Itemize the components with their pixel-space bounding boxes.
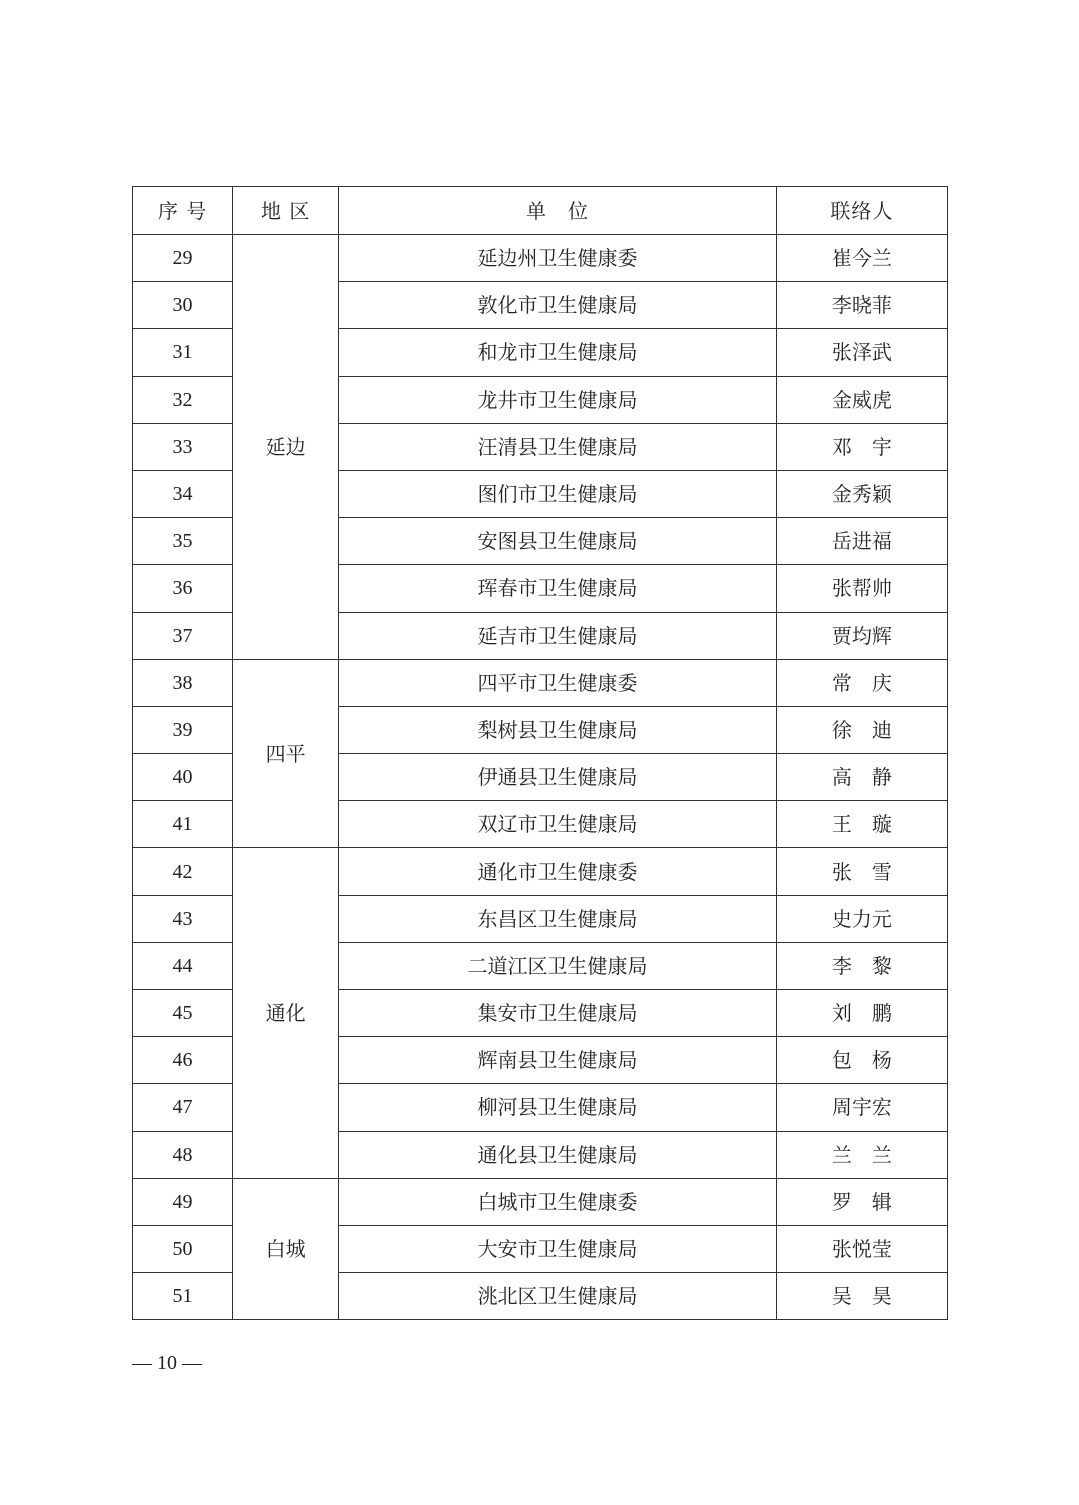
- cell-seq: 47: [133, 1084, 233, 1131]
- cell-unit: 珲春市卫生健康局: [339, 565, 777, 612]
- table-row: 42通化通化市卫生健康委张 雪: [133, 848, 948, 895]
- cell-unit: 汪清县卫生健康局: [339, 423, 777, 470]
- cell-contact: 崔今兰: [776, 235, 947, 282]
- cell-contact: 刘 鹏: [776, 990, 947, 1037]
- cell-contact: 罗 辑: [776, 1178, 947, 1225]
- table-row: 38四平四平市卫生健康委常 庆: [133, 659, 948, 706]
- cell-unit: 梨树县卫生健康局: [339, 706, 777, 753]
- cell-unit: 延吉市卫生健康局: [339, 612, 777, 659]
- cell-unit: 四平市卫生健康委: [339, 659, 777, 706]
- cell-seq: 42: [133, 848, 233, 895]
- contact-table: 序 号 地 区 单 位 联络人 29延边延边州卫生健康委崔今兰30敦化市卫生健康…: [132, 186, 948, 1320]
- cell-unit: 通化市卫生健康委: [339, 848, 777, 895]
- cell-seq: 35: [133, 518, 233, 565]
- cell-seq: 29: [133, 235, 233, 282]
- cell-seq: 46: [133, 1037, 233, 1084]
- cell-contact: 张 雪: [776, 848, 947, 895]
- cell-contact: 周宇宏: [776, 1084, 947, 1131]
- cell-unit: 二道江区卫生健康局: [339, 942, 777, 989]
- cell-unit: 伊通县卫生健康局: [339, 754, 777, 801]
- cell-unit: 延边州卫生健康委: [339, 235, 777, 282]
- page-number: — 10 —: [132, 1352, 202, 1375]
- cell-unit: 洮北区卫生健康局: [339, 1273, 777, 1320]
- header-seq: 序 号: [133, 187, 233, 235]
- cell-contact: 常 庆: [776, 659, 947, 706]
- cell-seq: 50: [133, 1225, 233, 1272]
- cell-seq: 48: [133, 1131, 233, 1178]
- cell-unit: 集安市卫生健康局: [339, 990, 777, 1037]
- cell-contact: 李 黎: [776, 942, 947, 989]
- cell-unit: 柳河县卫生健康局: [339, 1084, 777, 1131]
- cell-contact: 金秀颖: [776, 470, 947, 517]
- cell-seq: 44: [133, 942, 233, 989]
- cell-unit: 和龙市卫生健康局: [339, 329, 777, 376]
- table-header-row: 序 号 地 区 单 位 联络人: [133, 187, 948, 235]
- cell-contact: 邓 宇: [776, 423, 947, 470]
- cell-seq: 39: [133, 706, 233, 753]
- cell-unit: 敦化市卫生健康局: [339, 282, 777, 329]
- cell-contact: 包 杨: [776, 1037, 947, 1084]
- cell-seq: 36: [133, 565, 233, 612]
- cell-seq: 51: [133, 1273, 233, 1320]
- cell-seq: 30: [133, 282, 233, 329]
- cell-unit: 双辽市卫生健康局: [339, 801, 777, 848]
- cell-seq: 41: [133, 801, 233, 848]
- cell-seq: 43: [133, 895, 233, 942]
- cell-region: 四平: [233, 659, 339, 848]
- cell-unit: 白城市卫生健康委: [339, 1178, 777, 1225]
- cell-contact: 张悦莹: [776, 1225, 947, 1272]
- cell-unit: 龙井市卫生健康局: [339, 376, 777, 423]
- cell-contact: 史力元: [776, 895, 947, 942]
- cell-contact: 贾均辉: [776, 612, 947, 659]
- header-contact: 联络人: [776, 187, 947, 235]
- cell-unit: 东昌区卫生健康局: [339, 895, 777, 942]
- cell-contact: 李晓菲: [776, 282, 947, 329]
- cell-seq: 38: [133, 659, 233, 706]
- table-row: 29延边延边州卫生健康委崔今兰: [133, 235, 948, 282]
- cell-unit: 图们市卫生健康局: [339, 470, 777, 517]
- cell-seq: 32: [133, 376, 233, 423]
- cell-region: 延边: [233, 235, 339, 660]
- cell-unit: 安图县卫生健康局: [339, 518, 777, 565]
- cell-seq: 31: [133, 329, 233, 376]
- cell-seq: 49: [133, 1178, 233, 1225]
- cell-contact: 王 璇: [776, 801, 947, 848]
- cell-contact: 兰 兰: [776, 1131, 947, 1178]
- cell-seq: 37: [133, 612, 233, 659]
- header-unit: 单 位: [339, 187, 777, 235]
- cell-contact: 张泽武: [776, 329, 947, 376]
- cell-seq: 45: [133, 990, 233, 1037]
- cell-contact: 岳进福: [776, 518, 947, 565]
- cell-unit: 大安市卫生健康局: [339, 1225, 777, 1272]
- table-row: 49白城白城市卫生健康委罗 辑: [133, 1178, 948, 1225]
- cell-contact: 高 静: [776, 754, 947, 801]
- cell-contact: 张帮帅: [776, 565, 947, 612]
- cell-seq: 34: [133, 470, 233, 517]
- header-region: 地 区: [233, 187, 339, 235]
- cell-contact: 徐 迪: [776, 706, 947, 753]
- cell-contact: 金威虎: [776, 376, 947, 423]
- cell-region: 白城: [233, 1178, 339, 1320]
- cell-region: 通化: [233, 848, 339, 1178]
- cell-seq: 33: [133, 423, 233, 470]
- cell-contact: 吴 昊: [776, 1273, 947, 1320]
- cell-unit: 辉南县卫生健康局: [339, 1037, 777, 1084]
- table-body: 29延边延边州卫生健康委崔今兰30敦化市卫生健康局李晓菲31和龙市卫生健康局张泽…: [133, 235, 948, 1320]
- cell-seq: 40: [133, 754, 233, 801]
- cell-unit: 通化县卫生健康局: [339, 1131, 777, 1178]
